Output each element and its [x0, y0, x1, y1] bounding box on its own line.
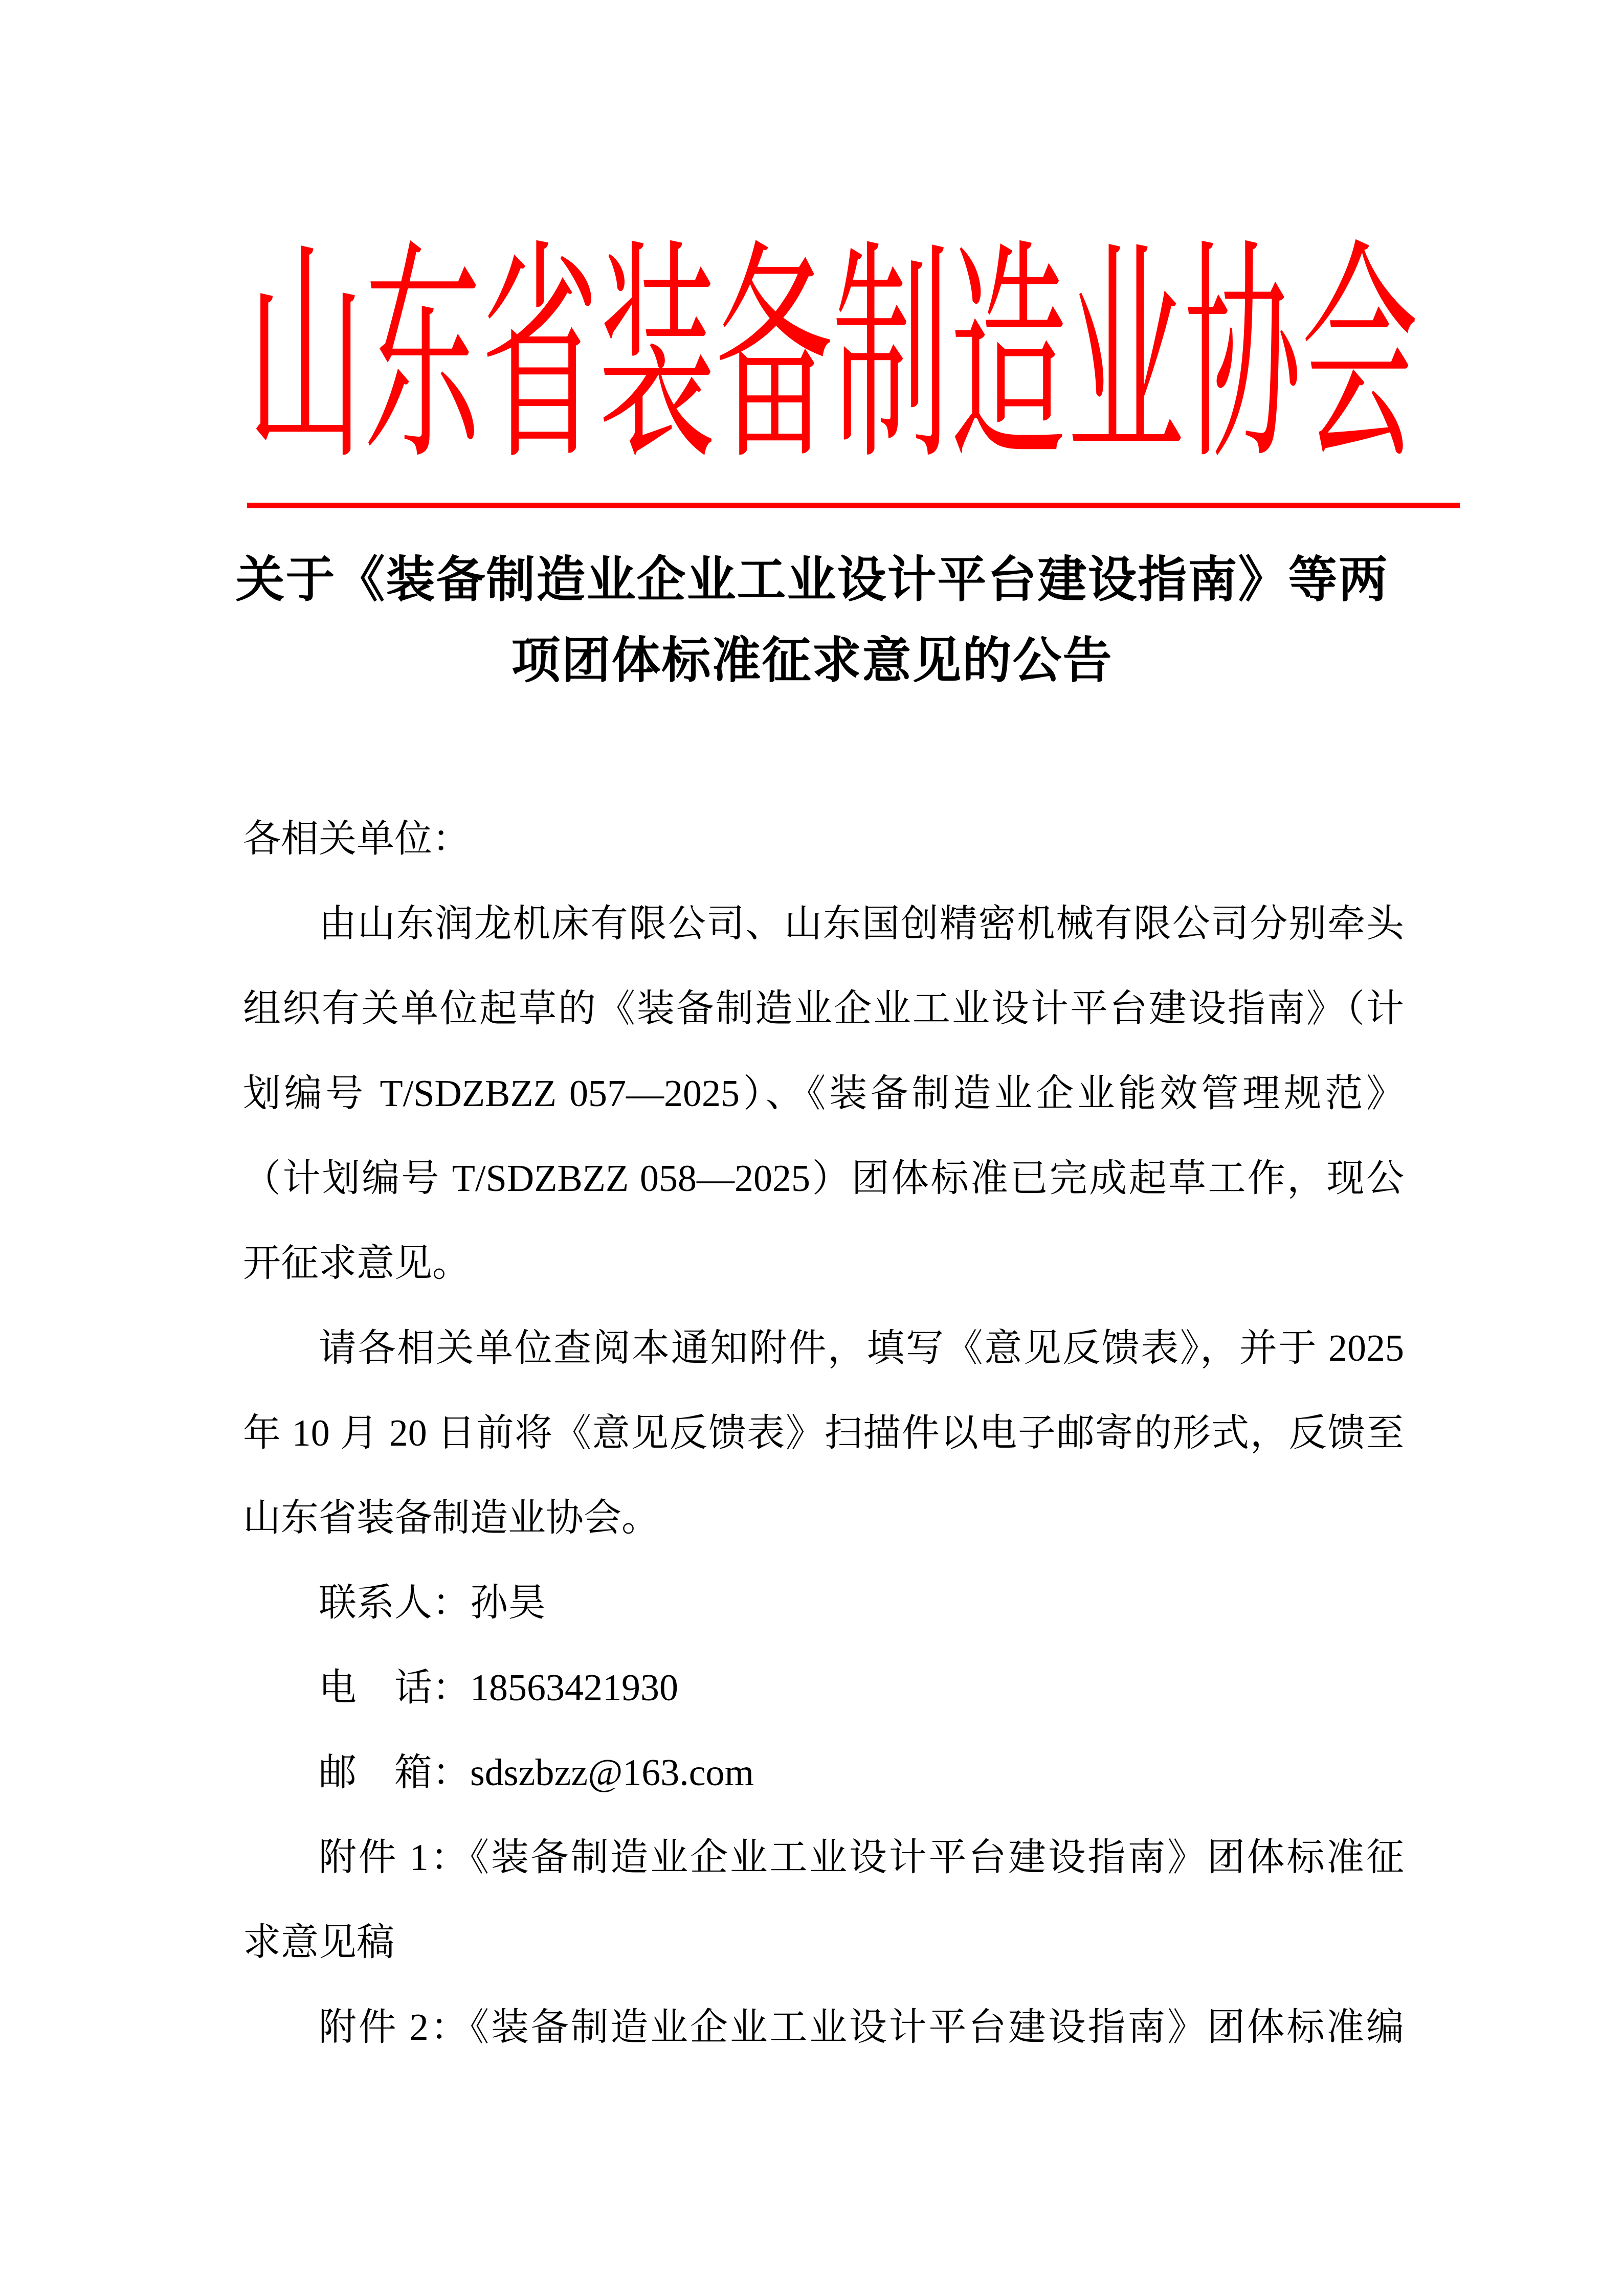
document-page: 山东省装备制造业协会 关于《装备制造业企业工业设计平台建设指南》等两 项团体标准… [0, 0, 1624, 2296]
body-line: 附件 1：《装备制造业企业工业设计平台建设指南》团体标准征 [243, 1815, 1404, 1900]
body-line: （计划编号 T/SDZBZZ 058—2025）团体标准已完成起草工作，现公 [243, 1136, 1404, 1221]
body-line: 年 10 月 20 日前将《意见反馈表》扫描件以电子邮寄的形式，反馈至 [243, 1391, 1404, 1476]
masthead: 山东省装备制造业协会 [247, 225, 1418, 491]
association-name: 山东省装备制造业协会 [247, 241, 1418, 475]
body-text: 各相关单位：由山东润龙机床有限公司、山东国创精密机械有限公司分别牵头组织有关单位… [243, 797, 1404, 2070]
masthead-rule [247, 503, 1460, 508]
notice-title-line2: 项团体标准征求意见的公告 [511, 633, 1113, 688]
body-line: 求意见稿 [243, 1900, 1404, 1985]
body-line: 附件 2：《装备制造业企业工业设计平台建设指南》团体标准编 [243, 1985, 1404, 2070]
body-line: 划编号 T/SDZBZZ 057—2025）、《装备制造业企业能效管理规范》 [243, 1051, 1404, 1136]
body-line: 邮 箱：sdszbzz@163.com [243, 1730, 1404, 1815]
body-line: 由山东润龙机床有限公司、山东国创精密机械有限公司分别牵头 [243, 882, 1404, 966]
body-line: 组织有关单位起草的《装备制造业企业工业设计平台建设指南》（计 [243, 966, 1404, 1051]
body-line: 各相关单位： [243, 797, 1404, 882]
body-line: 联系人：孙昊 [243, 1561, 1404, 1646]
body-line: 开征求意见。 [243, 1221, 1404, 1306]
notice-title-line1: 关于《装备制造业企业工业设计平台建设指南》等两 [236, 552, 1389, 607]
body-line: 山东省装备制造业协会。 [243, 1476, 1404, 1561]
body-line: 请各相关单位查阅本通知附件，填写《意见反馈表》，并于 2025 [243, 1306, 1404, 1391]
notice-title: 关于《装备制造业企业工业设计平台建设指南》等两 项团体标准征求意见的公告 [0, 539, 1624, 701]
body-line: 电 话：18563421930 [243, 1646, 1404, 1730]
